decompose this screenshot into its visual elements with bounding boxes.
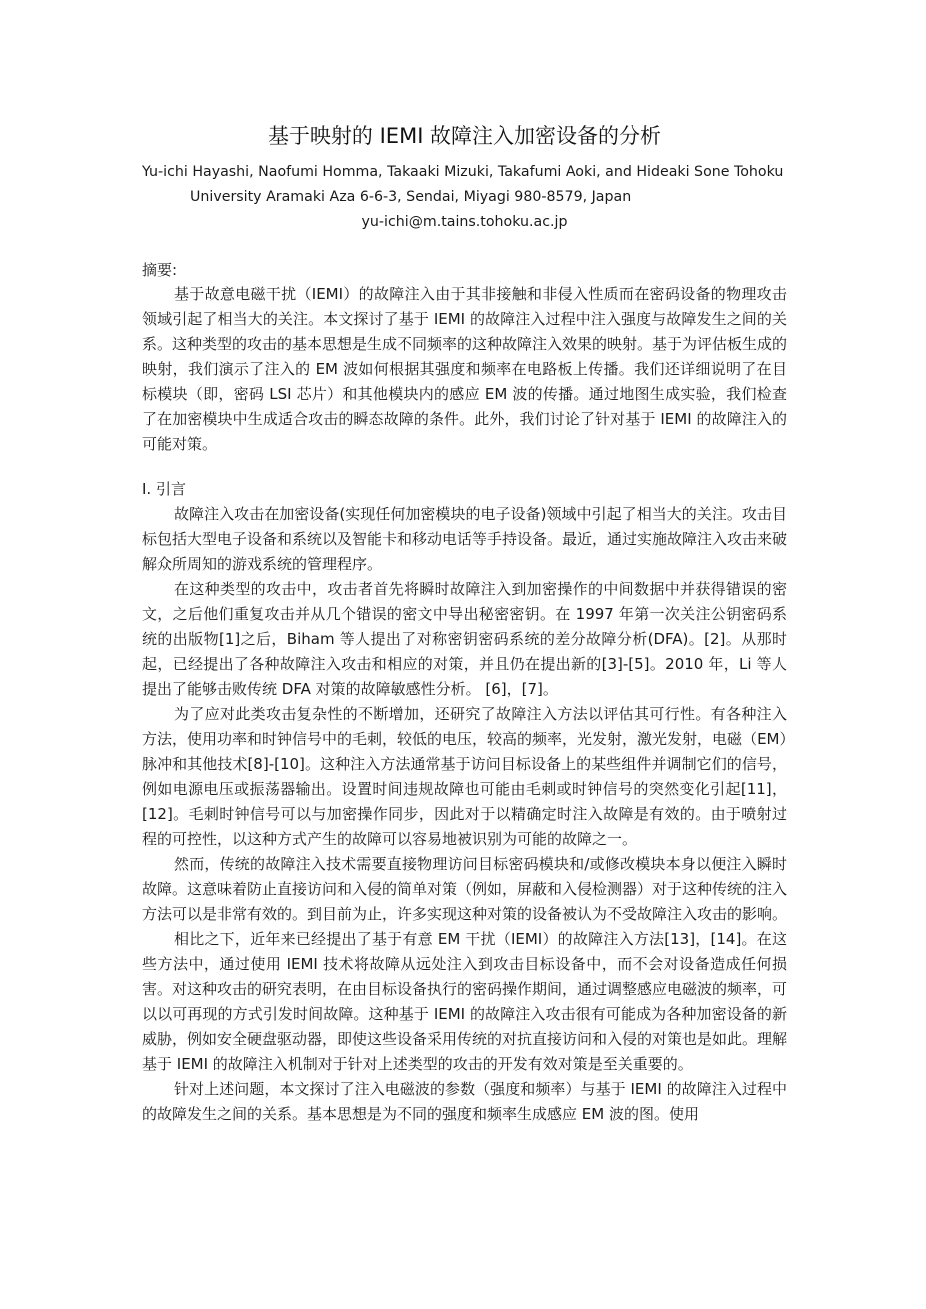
introduction-body: 故障注入攻击在加密设备(实现任何加密模块的电子设备)领域中引起了相当大的关注。攻…	[142, 502, 787, 1127]
author-email: yu-ichi@m.tains.tohoku.ac.jp	[142, 210, 787, 235]
intro-paragraph: 然而，传统的故障注入技术需要直接物理访问目标密码模块和/或修改模块本身以便注入瞬…	[142, 852, 787, 927]
abstract-paragraph: 基于故意电磁干扰（IEMI）的故障注入由于其非接触和非侵入性质而在密码设备的物理…	[142, 282, 787, 457]
section-heading-introduction: I. 引言	[142, 477, 186, 502]
abstract-body: 基于故意电磁干扰（IEMI）的故障注入由于其非接触和非侵入性质而在密码设备的物理…	[142, 282, 787, 457]
intro-paragraph: 在这种类型的攻击中，攻击者首先将瞬时故障注入到加密操作的中间数据中并获得错误的密…	[142, 577, 787, 702]
author-affiliation: University Aramaki Aza 6-6-3, Sendai, Mi…	[142, 185, 787, 210]
intro-paragraph: 为了应对此类攻击复杂性的不断增加，还研究了故障注入方法以评估其可行性。有各种注入…	[142, 702, 787, 852]
intro-paragraph: 相比之下，近年来已经提出了基于有意 EM 干扰（IEMI）的故障注入方法[13]…	[142, 927, 787, 1077]
intro-paragraph: 故障注入攻击在加密设备(实现任何加密模块的电子设备)领域中引起了相当大的关注。攻…	[142, 502, 787, 577]
author-block: Yu-ichi Hayashi, Naofumi Homma, Takaaki …	[142, 160, 787, 235]
author-names: Yu-ichi Hayashi, Naofumi Homma, Takaaki …	[142, 160, 787, 185]
intro-paragraph: 针对上述问题，本文探讨了注入电磁波的参数（强度和频率）与基于 IEMI 的故障注…	[142, 1077, 787, 1127]
paper-title: 基于映射的 IEMI 故障注入加密设备的分析	[142, 120, 787, 152]
abstract-label: 摘要:	[142, 258, 177, 283]
